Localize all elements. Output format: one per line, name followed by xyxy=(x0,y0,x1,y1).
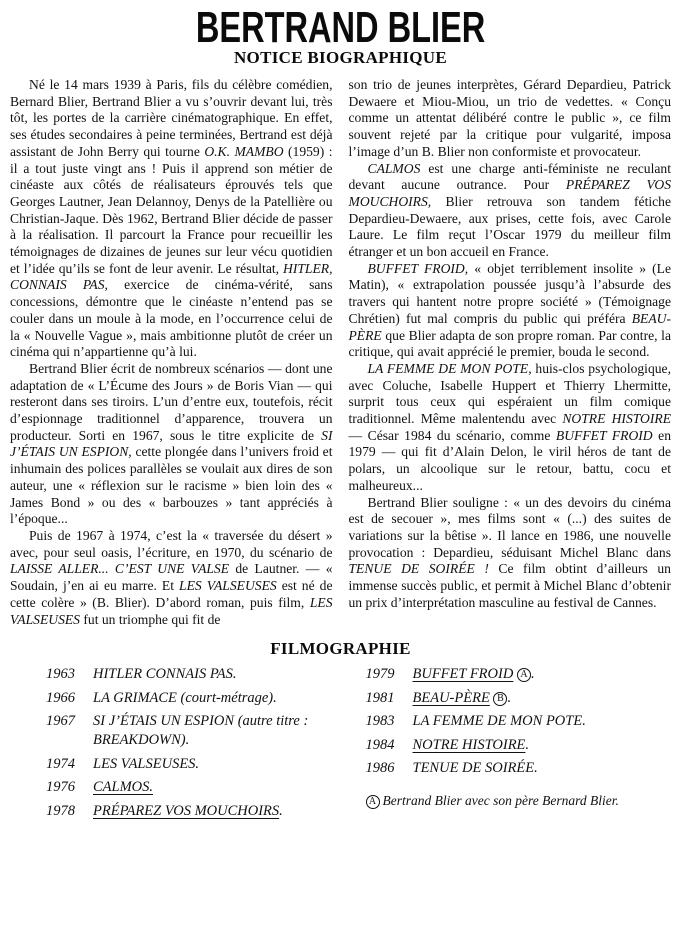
film-year: 1983 xyxy=(366,712,413,731)
text-run: LAISSE ALLER... C’EST UNE VALSE xyxy=(10,561,229,576)
text-run: LA FEMME DE MON POTE, xyxy=(368,361,532,376)
column-right: son trio de jeunes interprètes, Gérard D… xyxy=(349,77,672,628)
filmography-list: 1963HITLER CONNAIS PAS.1966LA GRIMACE (c… xyxy=(10,665,671,825)
text-run: SI J’ÉTAIS UN ESPION (autre titre : BREA… xyxy=(93,713,308,748)
text-run: . xyxy=(279,803,283,819)
text-run: fut un triomphe qui fit de xyxy=(80,612,220,627)
paragraph: CALMOS est une charge anti-féministe ne … xyxy=(349,161,672,261)
text-run: BUFFET FROID xyxy=(413,666,514,682)
film-title: SI J’ÉTAIS UN ESPION (autre titre : BREA… xyxy=(93,712,352,750)
text-run: — César 1984 du scénario, comme xyxy=(349,428,556,443)
circled-letter: A xyxy=(517,668,531,682)
text-run: PRÉPAREZ VOS MOUCHOIRS xyxy=(93,803,279,819)
film-year: 1979 xyxy=(366,665,413,684)
film-title: TENUE DE SOIRÉE. xyxy=(413,759,672,778)
text-run: . xyxy=(531,666,535,682)
footnote-text: Bertrand Blier avec son père Bernard Bli… xyxy=(383,793,619,808)
text-run: LA FEMME DE MON POTE. xyxy=(413,713,586,729)
text-run: Bertrand Blier souligne : « un des devoi… xyxy=(349,495,672,560)
text-run: TENUE DE SOIRÉE ! xyxy=(349,561,489,576)
filmography-footnote: ABertrand Blier avec son père Bernard Bl… xyxy=(366,792,672,810)
film-year: 1966 xyxy=(46,689,93,708)
text-run: Puis de 1967 à 1974, c’est la « traversé… xyxy=(10,528,333,560)
filmography-entry: 1984NOTRE HISTOIRE. xyxy=(366,736,672,755)
document-page: BERTRAND BLIER NOTICE BIOGRAPHIQUE Né le… xyxy=(0,0,681,932)
paragraph: LA FEMME DE MON POTE, huis-clos psycholo… xyxy=(349,361,672,495)
text-run: son trio de jeunes interprètes, Gérard D… xyxy=(349,77,672,159)
paragraph: Bertrand Blier souligne : « un des devoi… xyxy=(349,495,672,612)
circled-letter: A xyxy=(366,795,380,809)
film-title: BEAU-PÈRE B. xyxy=(413,689,672,708)
film-title: LA FEMME DE MON POTE. xyxy=(413,712,672,731)
filmography-column-right: 1979BUFFET FROID A.1981BEAU-PÈRE B.1983L… xyxy=(352,665,672,825)
film-year: 1974 xyxy=(46,755,93,774)
film-title: PRÉPAREZ VOS MOUCHOIRS. xyxy=(93,802,352,821)
circled-letter: B xyxy=(493,692,507,706)
text-run: HITLER CONNAIS PAS. xyxy=(93,666,237,682)
text-run: O.K. MAMBO xyxy=(204,144,283,159)
filmography-entry: 1978PRÉPAREZ VOS MOUCHOIRS. xyxy=(46,802,352,821)
text-run: CALMOS. xyxy=(93,779,153,795)
filmography-entry: 1974LES VALSEUSES. xyxy=(46,755,352,774)
filmography-entry: 1979BUFFET FROID A. xyxy=(366,665,672,684)
text-run: LA GRIMACE (court-métrage). xyxy=(93,690,277,706)
film-year: 1986 xyxy=(366,759,413,778)
film-year: 1976 xyxy=(46,778,93,797)
text-run: BUFFET FROID xyxy=(556,428,653,443)
film-title: CALMOS. xyxy=(93,778,352,797)
text-run: BUFFET FROID, xyxy=(368,261,469,276)
film-title: LA GRIMACE (court-métrage). xyxy=(93,689,352,708)
filmography-entry: 1963HITLER CONNAIS PAS. xyxy=(46,665,352,684)
paragraph: Puis de 1967 à 1974, c’est la « traversé… xyxy=(10,528,333,628)
filmography-column-left: 1963HITLER CONNAIS PAS.1966LA GRIMACE (c… xyxy=(10,665,352,825)
text-run: (1959) : il a tout juste vingt ans ! Pui… xyxy=(10,144,333,276)
film-year: 1981 xyxy=(366,689,413,708)
column-left: Né le 14 mars 1939 à Paris, fils du célè… xyxy=(10,77,333,628)
film-title: BUFFET FROID A. xyxy=(413,665,672,684)
paragraph: Né le 14 mars 1939 à Paris, fils du célè… xyxy=(10,77,333,361)
filmography-entry: 1983LA FEMME DE MON POTE. xyxy=(366,712,672,731)
paragraph: BUFFET FROID, « objet terriblement insol… xyxy=(349,261,672,361)
text-run: . xyxy=(525,737,529,753)
filmography-entry: 1966LA GRIMACE (court-métrage). xyxy=(46,689,352,708)
film-title: LES VALSEUSES. xyxy=(93,755,352,774)
film-year: 1984 xyxy=(366,736,413,755)
page-title: BERTRAND BLIER xyxy=(10,8,671,48)
page-title-text: BERTRAND BLIER xyxy=(196,8,485,48)
filmography-entry: 1986TENUE DE SOIRÉE. xyxy=(366,759,672,778)
text-run: NOTRE HISTOIRE xyxy=(413,737,526,753)
text-run: TENUE DE SOIRÉE. xyxy=(413,760,538,776)
text-run: NOTRE HISTOIRE xyxy=(562,411,671,426)
biography-text: Né le 14 mars 1939 à Paris, fils du célè… xyxy=(10,77,671,628)
text-run: . xyxy=(507,690,511,706)
paragraph: son trio de jeunes interprètes, Gérard D… xyxy=(349,77,672,161)
paragraph: Bertrand Blier écrit de nombreux scénari… xyxy=(10,361,333,528)
film-title: NOTRE HISTOIRE. xyxy=(413,736,672,755)
text-run: LES VALSEUSES. xyxy=(93,756,199,772)
filmography-entry: 1967SI J’ÉTAIS UN ESPION (autre titre : … xyxy=(46,712,352,750)
text-run: Bertrand Blier écrit de nombreux scénari… xyxy=(10,361,333,443)
film-year: 1963 xyxy=(46,665,93,684)
filmography-entry: 1981BEAU-PÈRE B. xyxy=(366,689,672,708)
text-run: BEAU-PÈRE xyxy=(413,690,490,706)
text-run: LES VALSEUSES xyxy=(179,578,277,593)
film-year: 1967 xyxy=(46,712,93,750)
film-title: HITLER CONNAIS PAS. xyxy=(93,665,352,684)
filmography-entry: 1976CALMOS. xyxy=(46,778,352,797)
text-run: que Blier adapta de son propre roman. Pa… xyxy=(349,328,672,360)
text-run: CALMOS xyxy=(368,161,421,176)
filmography-heading: FILMOGRAPHIE xyxy=(10,639,671,659)
film-year: 1978 xyxy=(46,802,93,821)
